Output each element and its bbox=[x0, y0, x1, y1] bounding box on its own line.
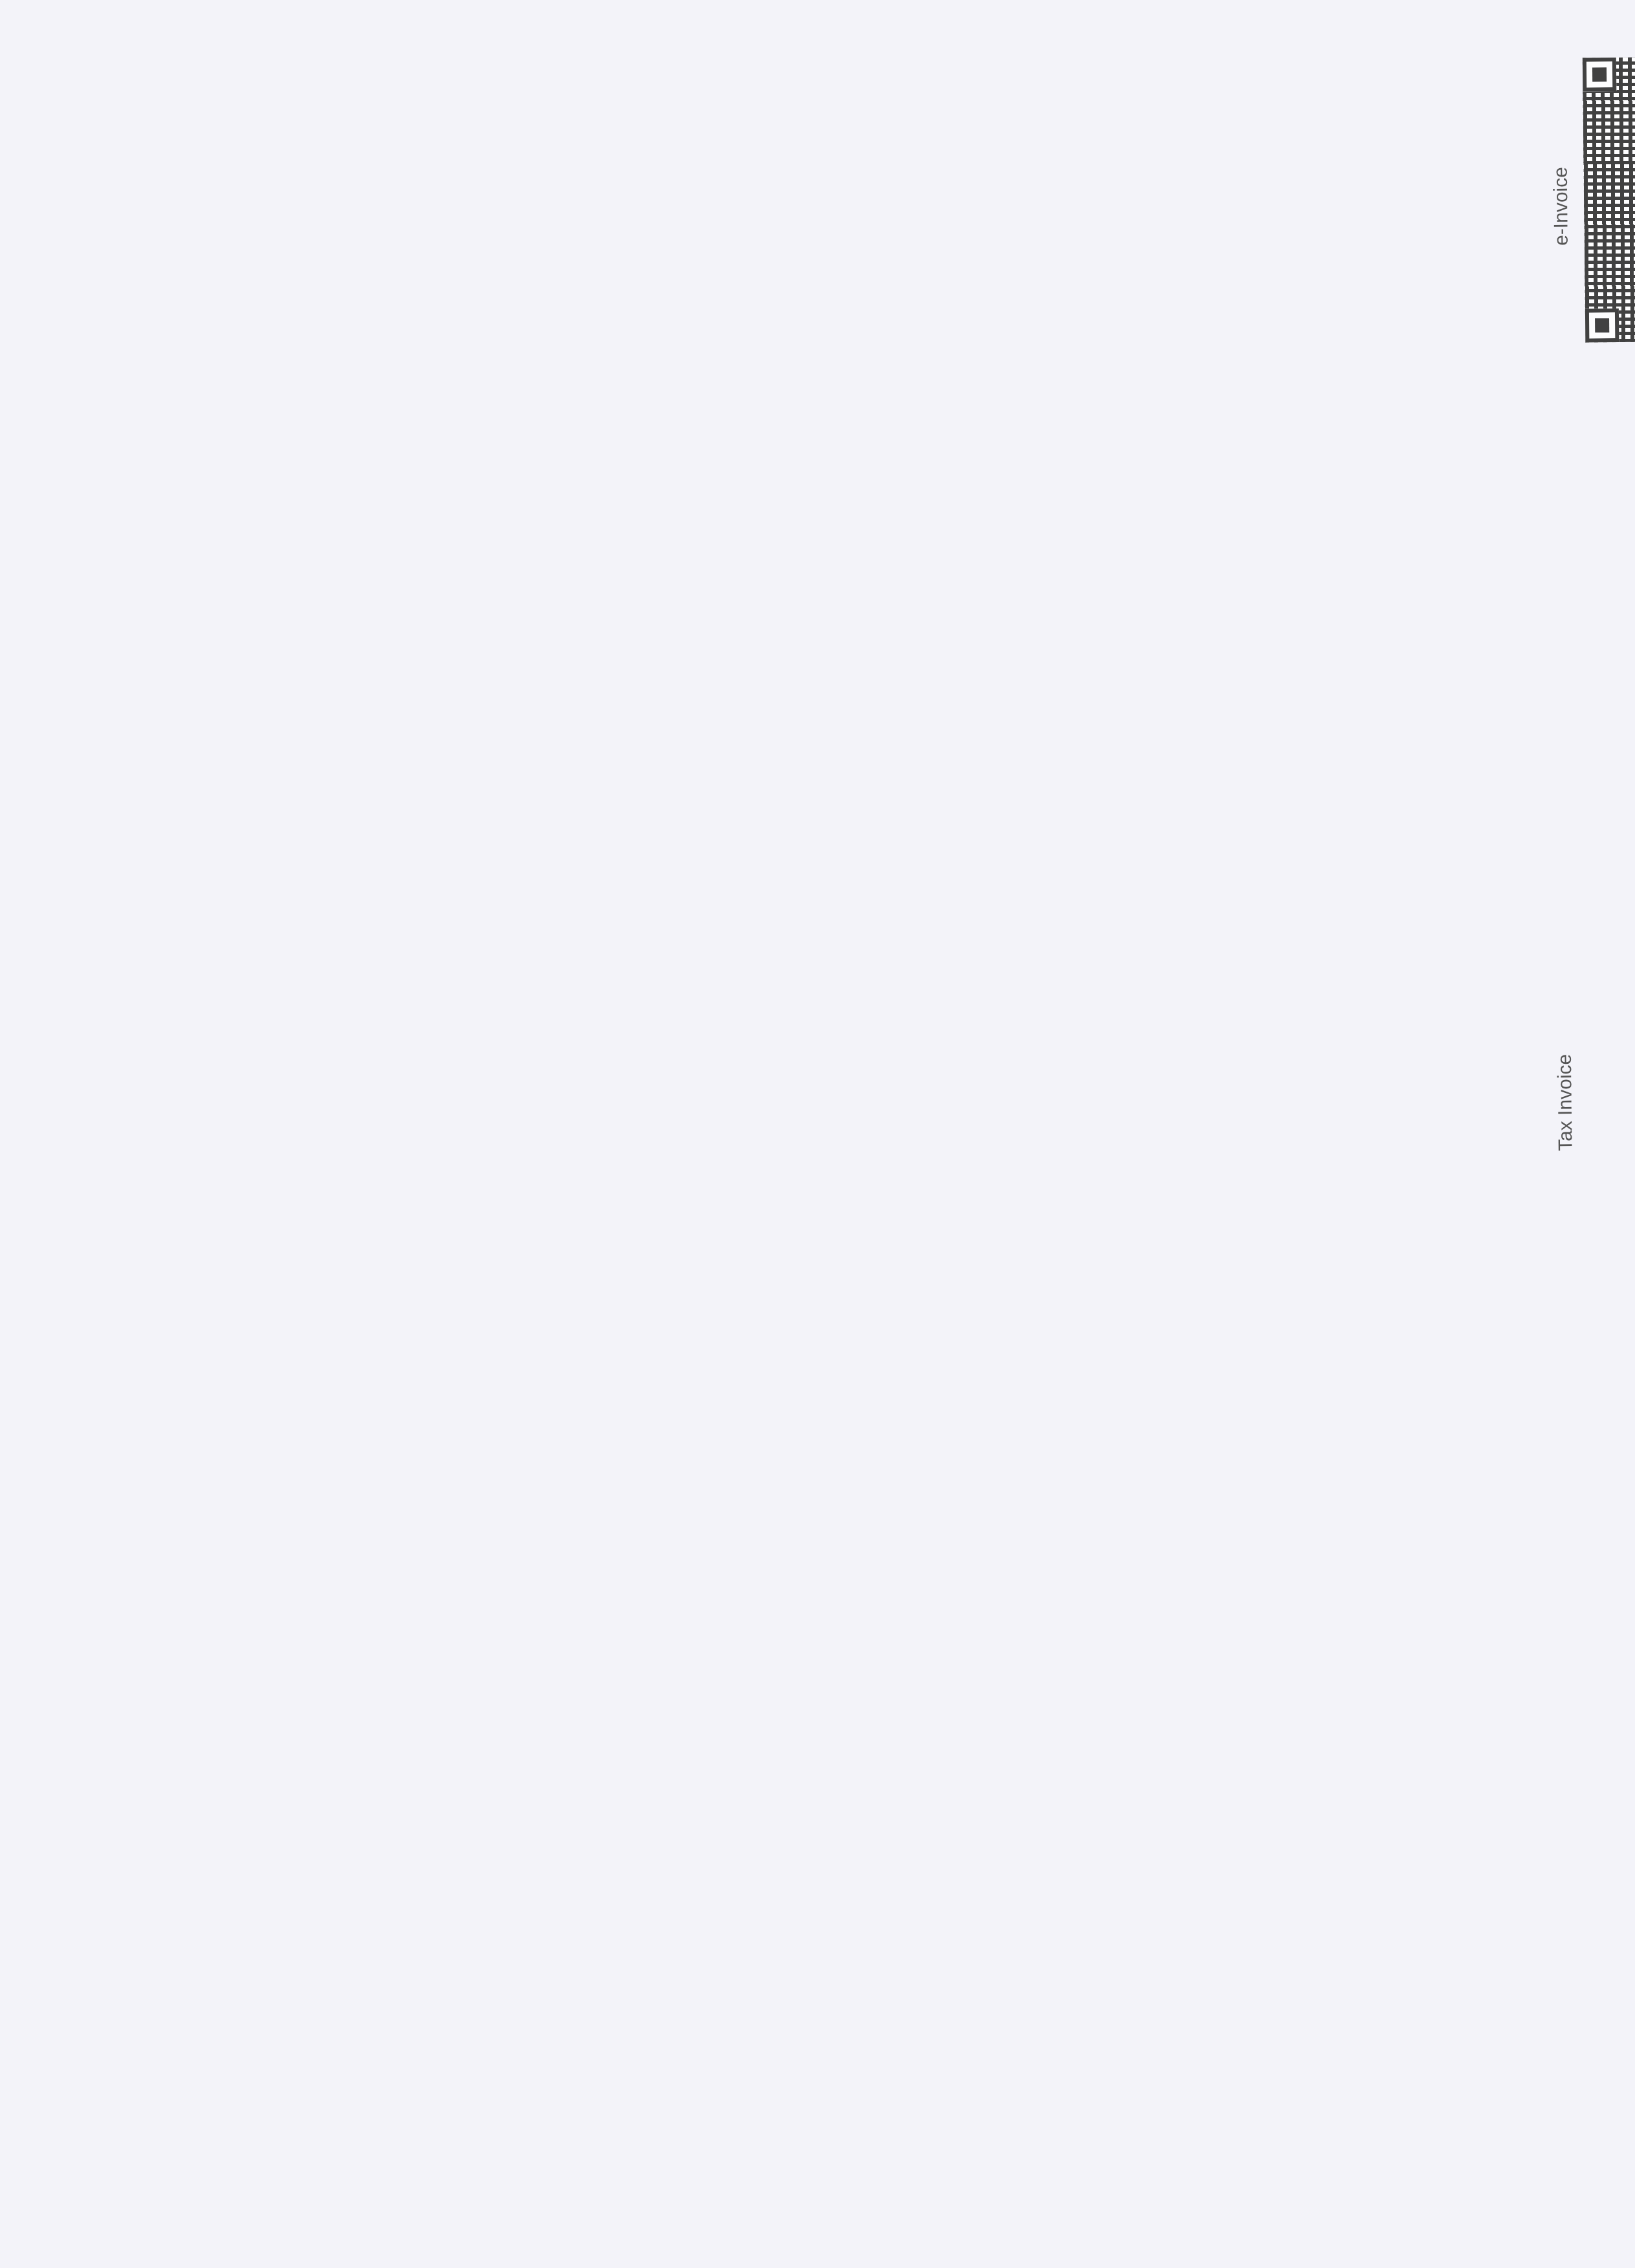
qr-finder-icon bbox=[1583, 58, 1617, 92]
document-title: Tax Invoice bbox=[1554, 1054, 1577, 1151]
qr-finder-icon bbox=[1585, 308, 1619, 343]
tax-invoice-page: Tax Invoice e-Invoice IRN : b2f7e9e8f56f… bbox=[1543, 24, 1635, 2108]
einvoice-label: e-Invoice bbox=[1550, 167, 1573, 246]
qr-code-icon bbox=[1583, 55, 1635, 343]
